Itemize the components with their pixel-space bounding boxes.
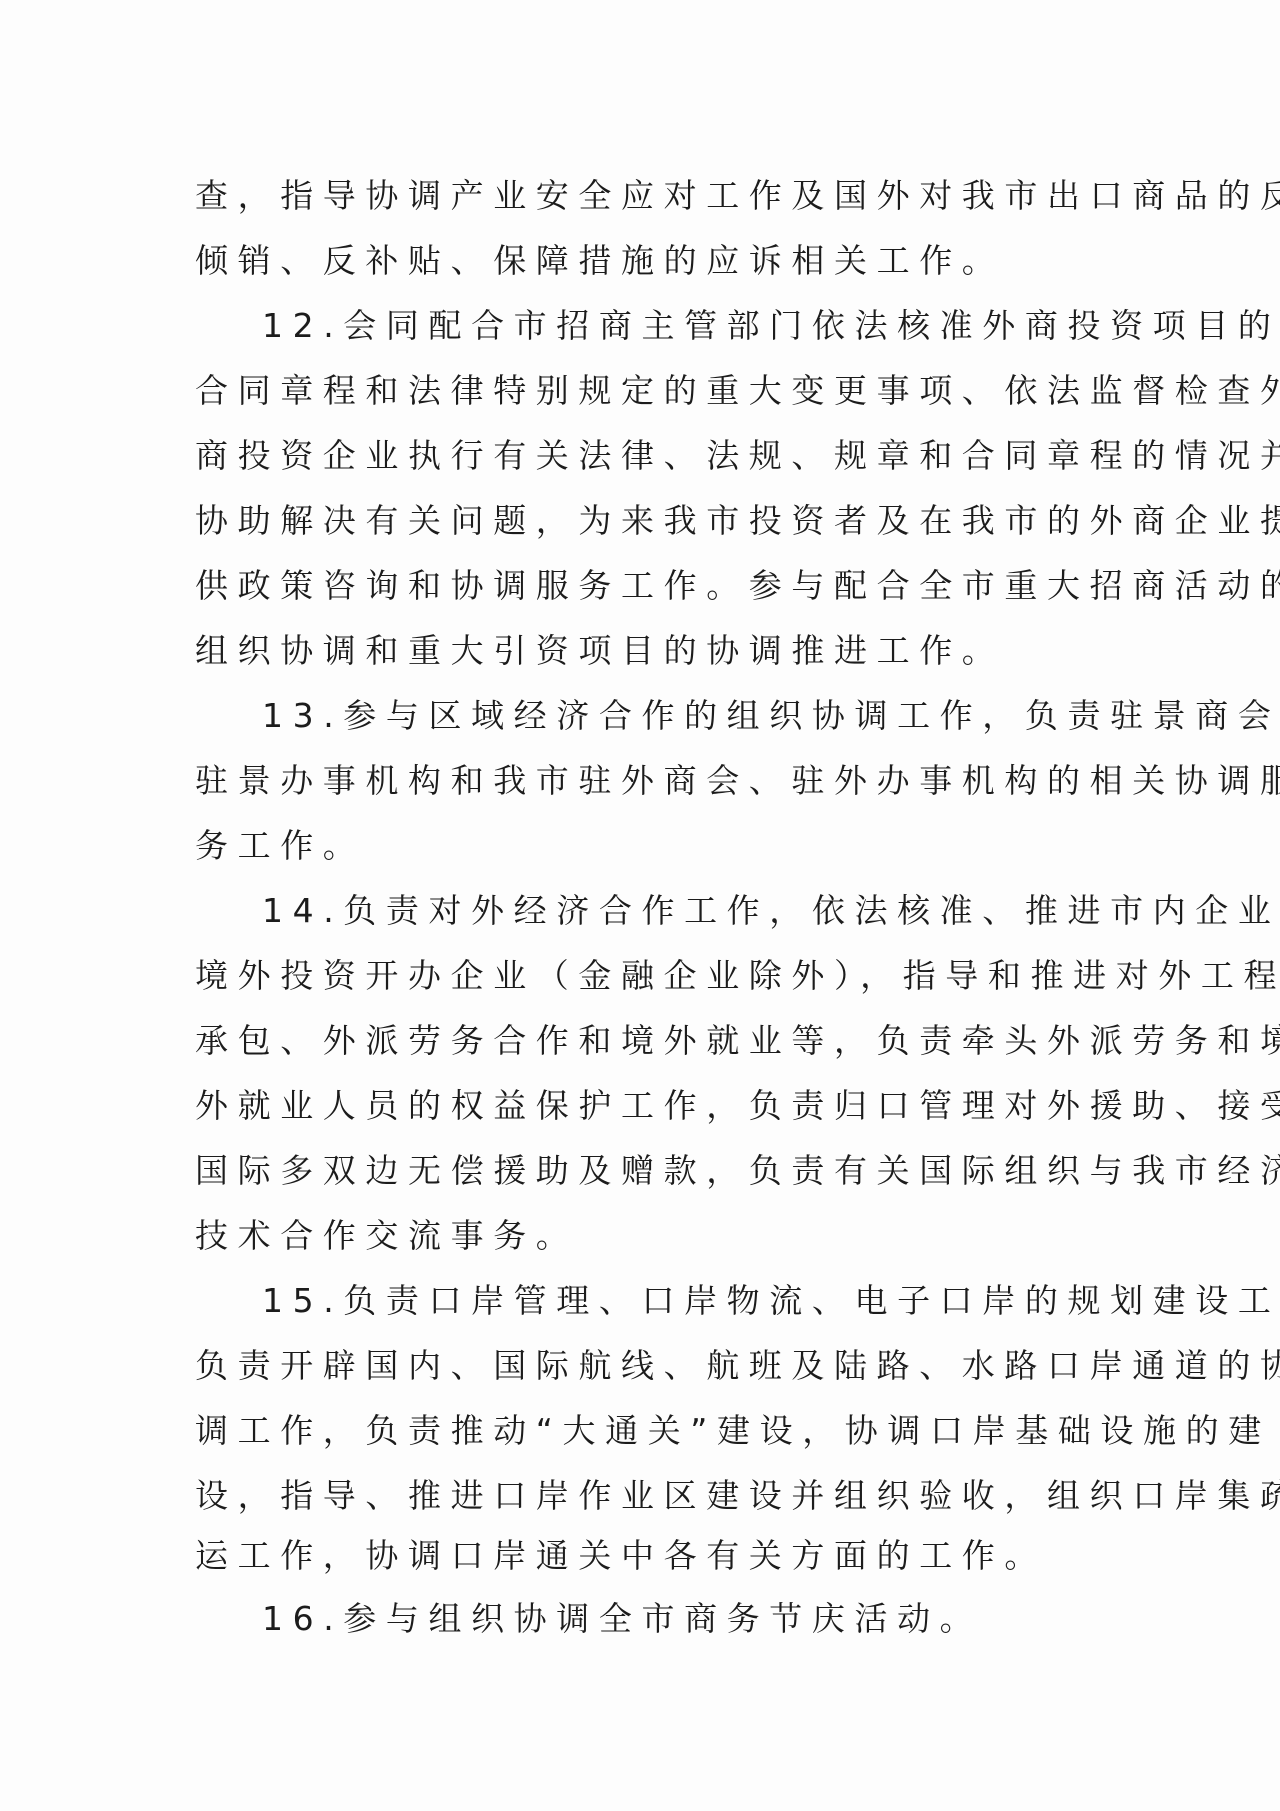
text-line: 境外投资开办企业（金融企业除外），指导和推进对外工程 [195,943,1095,1008]
text-line: 务工作。 [195,813,1095,878]
text-line: 供政策咨询和协调服务工作。参与配合全市重大招商活动的 [195,553,1095,618]
text-line: 外就业人员的权益保护工作，负责归口管理对外援助、接受 [195,1073,1095,1138]
text-line: 合同章程和法律特别规定的重大变更事项、依法监督检查外 [195,358,1095,423]
text-line: 组织协调和重大引资项目的协调推进工作。 [195,618,1095,683]
document-page: 查，指导协调产业安全应对工作及国外对我市出口商品的反 倾销、反补贴、保障措施的应… [0,0,1280,1811]
text-line: 查，指导协调产业安全应对工作及国外对我市出口商品的反 [195,163,1095,228]
text-line: 协助解决有关问题，为来我市投资者及在我市的外商企业提 [195,488,1095,553]
paragraph-14-start: 14.负责对外经济合作工作，依法核准、推进市内企业在 [262,878,1162,943]
paragraph-15-start: 15.负责口岸管理、口岸物流、电子口岸的规划建设工作， [262,1268,1162,1333]
text-line: 技术合作交流事务。 [195,1203,1095,1268]
text-line: 承包、外派劳务合作和境外就业等，负责牵头外派劳务和境 [195,1008,1095,1073]
paragraph-12-start: 12.会同配合市招商主管部门依法核准外商投资项目的 [262,293,1162,358]
text-line: 倾销、反补贴、保障措施的应诉相关工作。 [195,228,1095,293]
text-line: 设，指导、推进口岸作业区建设并组织验收，组织口岸集疏 [195,1463,1095,1528]
text-line: 国际多双边无偿援助及赠款，负责有关国际组织与我市经济 [195,1138,1095,1203]
text-line: 负责开辟国内、国际航线、航班及陆路、水路口岸通道的协 [195,1333,1095,1398]
text-line: 商投资企业执行有关法律、法规、规章和合同章程的情况并 [195,423,1095,488]
text-line: 驻景办事机构和我市驻外商会、驻外办事机构的相关协调服 [195,748,1095,813]
paragraph-16-start: 16.参与组织协调全市商务节庆活动。 [262,1586,1162,1651]
text-line: 运工作，协调口岸通关中各有关方面的工作。 [195,1523,1095,1588]
paragraph-13-start: 13.参与区域经济合作的组织协调工作，负责驻景商会、 [262,683,1162,748]
text-line: 调工作，负责推动“大通关”建设，协调口岸基础设施的建 [195,1398,1095,1463]
